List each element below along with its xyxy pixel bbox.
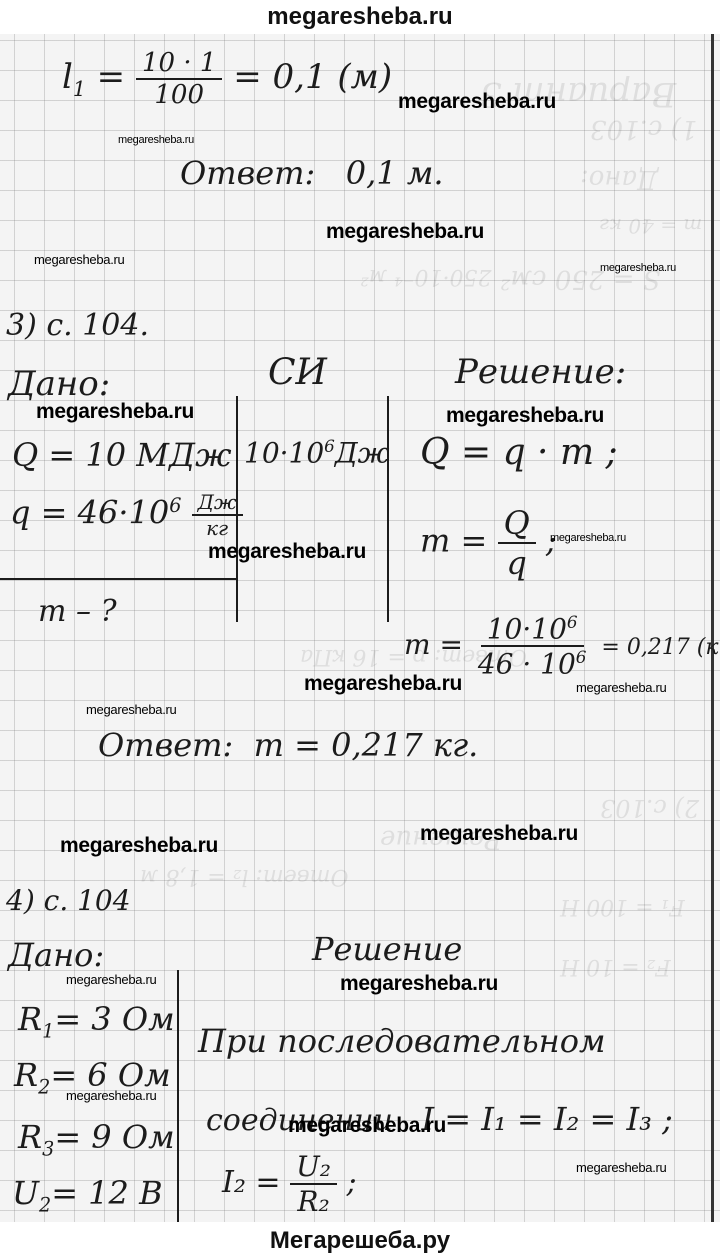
- solution-line: Q = q · m ;: [420, 432, 618, 473]
- solution-line: При последовательном: [198, 1022, 605, 1060]
- given-label: Дано:: [8, 364, 110, 404]
- solution-line: I₂ = U₂ R₂ ;: [222, 1150, 357, 1218]
- site-header: megaresheba.ru: [0, 0, 720, 34]
- watermark: megaresheba.ru: [576, 1160, 666, 1175]
- si-divider: [387, 396, 389, 622]
- solution-line: m = Q q ;: [420, 504, 557, 582]
- ghost-text: F₁ = 100 Н: [560, 894, 685, 919]
- given-divider: [177, 970, 179, 1222]
- given-item: q = 46·106 Дж кг: [10, 490, 243, 540]
- given-item: Q = 10 МДж: [12, 436, 231, 474]
- watermark: megaresheba.ru: [398, 90, 556, 114]
- ghost-text: 1) с.103: [590, 114, 697, 144]
- watermark: megaresheba.ru: [576, 680, 666, 695]
- watermark: megaresheba.ru: [208, 540, 366, 564]
- si-label: СИ: [268, 352, 327, 393]
- watermark: megaresheba.ru: [340, 972, 498, 996]
- watermark: megaresheba.ru: [34, 252, 124, 267]
- watermark: megaresheba.ru: [36, 400, 194, 424]
- given-item: R3= 9 Ом: [18, 1118, 175, 1160]
- solution-label: Решение: [312, 930, 462, 968]
- watermark: megaresheba.ru: [66, 1088, 156, 1103]
- site-footer: Мегарешеба.ру: [0, 1222, 720, 1259]
- given-item: U2= 12 В: [12, 1174, 163, 1216]
- solution-line: m = 10·106 46 · 106 = 0,217 (кг).: [404, 612, 720, 681]
- ghost-text: Дано:: [580, 164, 658, 194]
- si-item: 10·106Дж: [244, 436, 389, 469]
- find-divider: [0, 578, 237, 580]
- given-label: Дано:: [8, 936, 104, 974]
- ghost-text: 250·10⁻⁴ м²: [360, 264, 491, 289]
- watermark: megaresheba.ru: [304, 672, 462, 696]
- solution-label: Решение:: [455, 352, 626, 392]
- ghost-text: F₂ = 10 Н: [560, 954, 671, 979]
- fraction: 10 · 1 100: [136, 48, 222, 110]
- watermark: megaresheba.ru: [86, 702, 176, 717]
- find-item: m – ?: [38, 594, 117, 629]
- problem-title: 4) с. 104: [6, 884, 131, 917]
- watermark: megaresheba.ru: [446, 404, 604, 428]
- watermark: megaresheba.ru: [66, 972, 156, 987]
- answer-line: Ответ: 0,1 м.: [180, 154, 444, 192]
- watermark: megaresheba.ru: [550, 532, 626, 544]
- problem-title: 3) с. 104.: [6, 308, 149, 343]
- ghost-text: 2) с.103: [600, 794, 699, 822]
- ghost-text: m = 40 кг: [600, 214, 702, 238]
- watermark: megaresheba.ru: [420, 822, 578, 846]
- watermark: megaresheba.ru: [600, 262, 676, 274]
- formula-l1: l1 = 10 · 1 100 = 0,1 (м): [62, 48, 392, 110]
- notebook-page: Вариант 3 1) с.103 Дано: m = 40 кг S = 2…: [0, 34, 720, 1222]
- watermark: megaresheba.ru: [118, 134, 194, 146]
- watermark: megaresheba.ru: [326, 220, 484, 244]
- given-item: R1= 3 Ом: [18, 1000, 175, 1042]
- watermark: megaresheba.ru: [60, 834, 218, 858]
- watermark: megaresheba.ru: [288, 1114, 446, 1138]
- ghost-text: Ответ: l₂ = 1,8 м: [140, 864, 348, 889]
- answer-line: Ответ: m = 0,217 кг.: [98, 726, 478, 764]
